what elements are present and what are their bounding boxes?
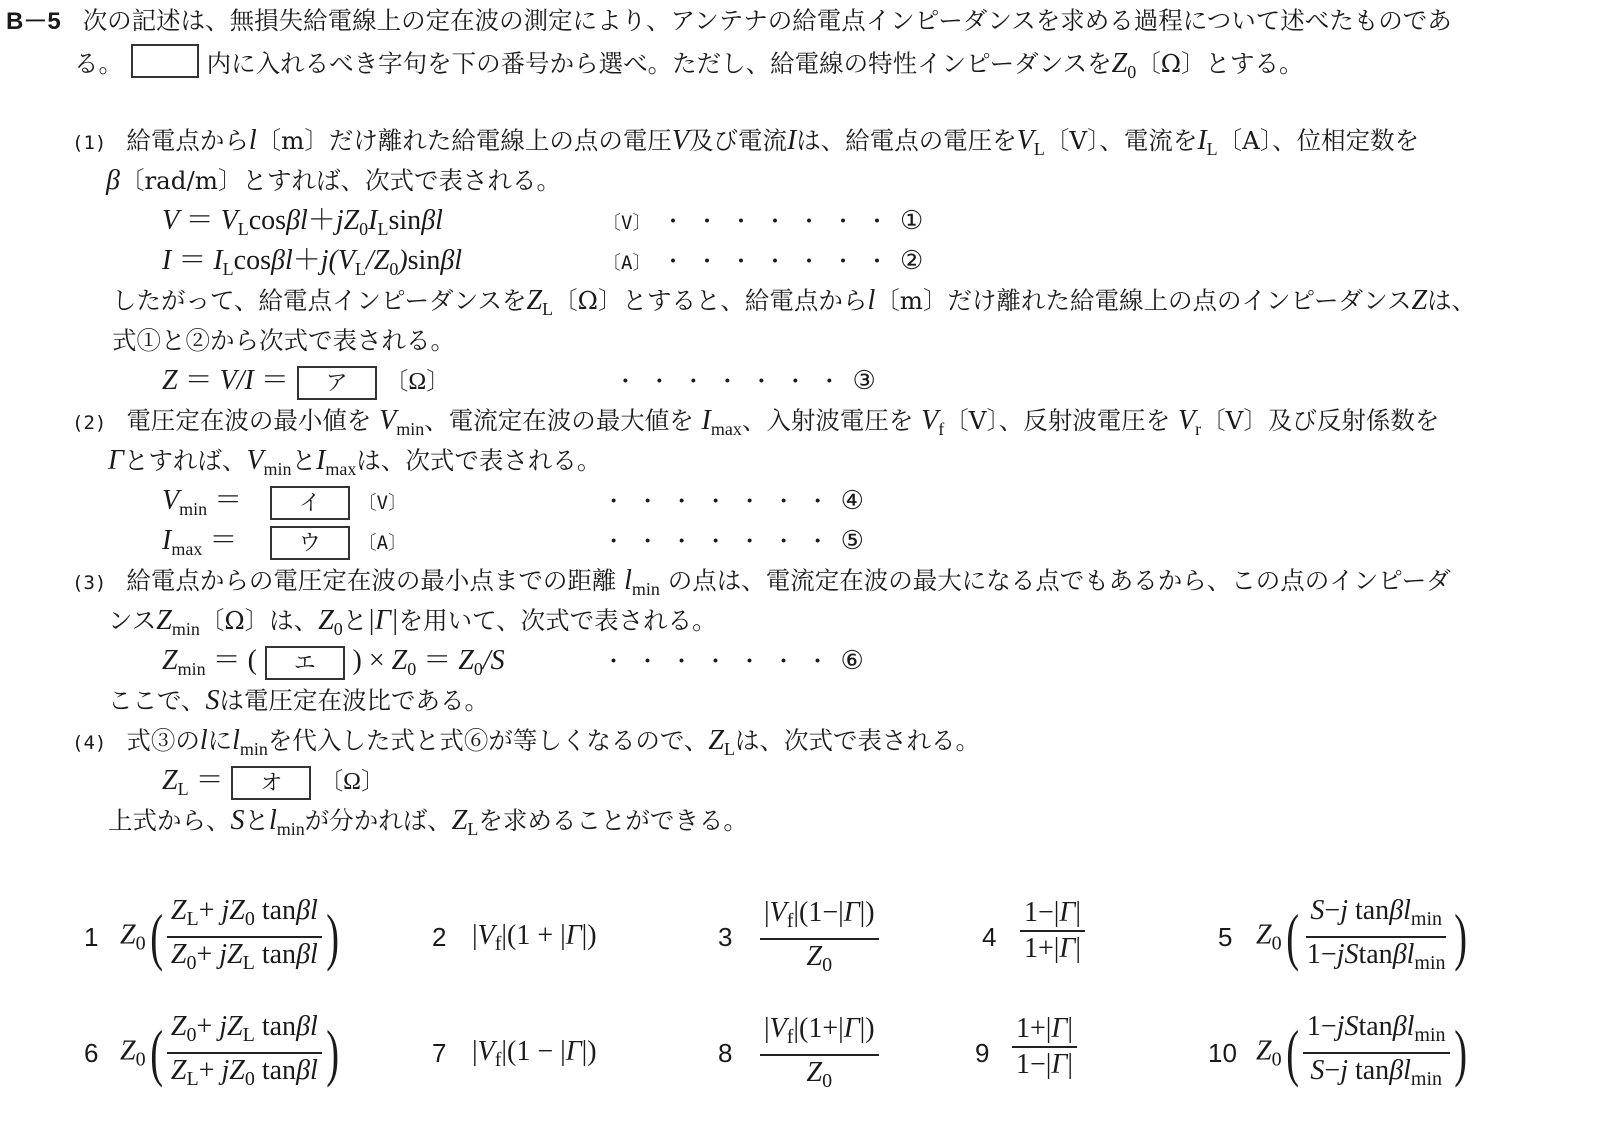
text: 〔V〕、電流を [1045, 126, 1197, 155]
option-8-formula: |Vf|(1+|Γ|)Z0 [760, 1014, 879, 1096]
option-number: 8 [718, 1038, 732, 1069]
equation-number: ⑤ [841, 526, 864, 556]
var-ZL: ZL [708, 725, 735, 756]
equation-5-lhs: Imax ＝ [162, 524, 262, 566]
var-lmin: lmin [232, 725, 268, 756]
var-S: S [206, 685, 220, 716]
text: 〔m〕だけ離れた給電線上の点のインピーダンス [875, 286, 1411, 315]
question-line-2: る。 内に入れるべき字句を下の番号から選べ。ただし、給電線の特性インピーダンスを… [74, 44, 1304, 89]
section-4-line-2: 上式から、Sとlminが分かれば、ZLを求めることができる。 [108, 804, 748, 846]
answer-box-o[interactable]: オ [231, 766, 311, 800]
var-IL: IL [1197, 125, 1217, 156]
text: は電圧定在波比である。 [220, 686, 490, 715]
text: とすれば、 [124, 446, 247, 475]
blank-box-example [131, 44, 199, 78]
section-3-line-2: ンスZmin〔Ω〕は、Z0と|Γ|を用いて、次式で表される。 [108, 604, 717, 646]
option-number: 1 [84, 922, 98, 953]
option-number: 4 [982, 922, 996, 953]
option-10-formula: Z0(1−jStanβlminS−j tanβlmin) [1256, 1012, 1471, 1094]
dots: ・・・・・・・ [603, 530, 841, 555]
text: 上式から、 [108, 806, 231, 835]
var-Imax: Imax [316, 445, 356, 476]
equation-number: ② [900, 246, 923, 276]
equation-7: ZL ＝ オ 〔Ω〕 [162, 764, 385, 806]
text: したがって、給電点インピーダンスを [112, 286, 527, 315]
var-Vmin: Vmin [379, 405, 424, 436]
option-2-formula: |Vf|(1 + |Γ|) [472, 920, 597, 956]
text: は、給電点の電圧を [796, 126, 1017, 155]
text: は、 [1427, 286, 1476, 315]
unit: 〔A〕 [602, 246, 662, 280]
text: 式③の [126, 726, 200, 755]
equation-7-lhs: ZL ＝ [162, 765, 224, 796]
question-number: B－5 [6, 8, 61, 35]
unit: 〔V〕 [602, 206, 662, 240]
text: 、入射波電圧を [742, 406, 914, 435]
question-line-1: B－5次の記述は、無損失給電線上の定在波の測定により、アンテナの給電点インピーダ… [6, 4, 1452, 39]
option-number: 7 [432, 1038, 446, 1069]
section-3-line-3: ここで、Sは電圧定在波比である。 [108, 684, 489, 718]
equation-4: Vmin ＝ イ 〔V〕・・・・・・・④ [162, 484, 864, 526]
section-1-line-1: (1)給電点からl〔m〕だけ離れた給電線上の点の電圧V及び電流Iは、給電点の電圧… [72, 124, 1419, 166]
var-l: l [200, 725, 208, 756]
text: は、次式で表される。 [356, 446, 601, 475]
equation-number: ④ [841, 486, 864, 516]
var-abs-gamma: |Γ| [367, 605, 398, 636]
text: 〔Ω〕とすると、給電点から [553, 286, 867, 315]
dots: ・・・・・・・ [614, 370, 852, 395]
option-number: 5 [1218, 922, 1232, 953]
z0-symbol: Z0 [1112, 48, 1137, 79]
option-number: 6 [84, 1038, 98, 1069]
intro-text: る。 [74, 49, 123, 78]
dots: ・・・・・・・ [603, 650, 841, 675]
text: を用いて、次式で表される。 [399, 606, 717, 635]
section-2-line-1: (2)電圧定在波の最小値を Vmin、電流定在波の最大値を Imax、入射波電圧… [72, 404, 1439, 446]
equation-6-lhs: Zmin ＝ ( [162, 645, 257, 676]
answer-box-a[interactable]: ア [297, 366, 377, 400]
option-number: 3 [718, 922, 732, 953]
equation-1: V ＝ VLcosβl＋jZ0ILsinβl〔V〕・・・・・・・① [162, 204, 923, 246]
var-Z0: Z0 [318, 605, 343, 636]
text: ここで、 [108, 686, 206, 715]
text: と [292, 446, 317, 475]
section-2-line-2: Γとすれば、VminとImaxは、次式で表される。 [108, 444, 601, 486]
section-label: (2) [72, 412, 106, 434]
option-number: 2 [432, 922, 446, 953]
equation-5: Imax ＝ ウ 〔A〕・・・・・・・⑤ [162, 524, 864, 566]
section-label: (4) [72, 732, 106, 754]
text: と [343, 606, 368, 635]
section-1-line-2: β〔rad/m〕とすれば、次式で表される。 [106, 164, 561, 198]
var-beta: β [106, 165, 120, 196]
var-Zmin: Zmin [156, 605, 200, 636]
var-Vr: Vr [1178, 405, 1201, 436]
section-label: (3) [72, 572, 106, 594]
text: 電圧定在波の最小値を [126, 406, 371, 435]
section-1-line-4: 式①と②から次式で表される。 [112, 324, 455, 358]
intro-text: 〔Ω〕とする。 [1136, 49, 1303, 78]
option-5-formula: Z0(S−j tanβlmin1−jStanβlmin) [1256, 896, 1471, 978]
var-Z: Z [1411, 285, 1427, 316]
var-lmin: lmin [269, 805, 305, 836]
answer-box-e[interactable]: エ [265, 646, 345, 680]
var-ZL: ZL [527, 285, 554, 316]
text: を代入した式と式⑥が等しくなるので、 [268, 726, 709, 755]
text: 、電流定在波の最大値を [424, 406, 694, 435]
var-I: I [787, 125, 796, 156]
equation-2-expr: I ＝ ILcosβl＋j(VL/Z0)sinβl [162, 244, 602, 286]
unit: 〔Ω〕 [319, 769, 385, 795]
var-l: l [249, 125, 257, 156]
text: 〔Ω〕は、 [200, 606, 318, 635]
text: に [208, 726, 233, 755]
var-V: V [672, 125, 689, 156]
option-7-formula: |Vf|(1 − |Γ|) [472, 1036, 597, 1072]
option-4-formula: 1−|Γ|1+|Γ| [1020, 898, 1085, 964]
var-ZL: ZL [452, 805, 479, 836]
var-Vmin: Vmin [246, 445, 291, 476]
option-9-formula: 1+|Γ|1−|Γ| [1012, 1014, 1077, 1080]
option-6-formula: Z0(Z0+ jZL tanβlZL+ jZ0 tanβl) [120, 1012, 343, 1094]
unit: 〔A〕 [358, 526, 603, 560]
unit: 〔V〕 [358, 486, 603, 520]
var-lmin: lmin [624, 565, 660, 596]
text: 〔m〕だけ離れた給電線上の点の電圧 [257, 126, 672, 155]
var-S: S [231, 805, 245, 836]
text: 給電点からの電圧定在波の最小点までの距離 [126, 566, 616, 595]
intro-text: 次の記述は、無損失給電線上の定在波の測定により、アンテナの給電点インピーダンスを… [83, 6, 1452, 35]
section-label: (1) [72, 132, 106, 154]
text: が分かれば、 [305, 806, 452, 835]
unit: 〔Ω〕 [384, 365, 614, 399]
text: を求めることができる。 [478, 806, 748, 835]
text: 式①と②から次式で表される。 [112, 326, 455, 355]
option-number: 9 [975, 1038, 989, 1069]
equation-6-rhs: ) × Z0 ＝ Z0/S [353, 644, 603, 686]
equation-number: ① [900, 206, 923, 236]
equation-1-expr: V ＝ VLcosβl＋jZ0ILsinβl [162, 204, 602, 246]
text: 給電点から [126, 126, 249, 155]
var-Vf: Vf [921, 405, 944, 436]
dots: ・・・・・・・ [662, 250, 900, 275]
dots: ・・・・・・・ [603, 490, 841, 515]
var-VL: VL [1017, 125, 1045, 156]
var-gamma: Γ [108, 445, 124, 476]
equation-3: Z ＝ V/I ＝ ア 〔Ω〕・・・・・・・③ [162, 364, 876, 400]
answer-box-u[interactable]: ウ [270, 526, 350, 560]
equation-number: ③ [852, 366, 875, 396]
text: 及び電流 [689, 126, 787, 155]
section-1-line-3: したがって、給電点インピーダンスをZL〔Ω〕とすると、給電点からl〔m〕だけ離れ… [112, 284, 1476, 326]
option-number: 10 [1208, 1038, 1237, 1069]
equation-4-lhs: Vmin ＝ [162, 484, 262, 526]
intro-text: 内に入れるべき字句を下の番号から選べ。ただし、給電線の特性インピーダンスを [207, 49, 1112, 78]
equation-2: I ＝ ILcosβl＋j(VL/Z0)sinβl〔A〕・・・・・・・② [162, 244, 923, 286]
equation-6: Zmin ＝ ( エ ) × Z0 ＝ Z0/S・・・・・・・⑥ [162, 644, 864, 686]
section-3-line-1: (3)給電点からの電圧定在波の最小点までの距離 lmin の点は、電流定在波の最… [72, 564, 1451, 606]
text: ンス [108, 606, 156, 635]
equation-number: ⑥ [841, 646, 864, 676]
text: の点は、電流定在波の最大になる点でもあるから、この点のインピーダ [668, 566, 1451, 595]
equation-3-lhs: Z ＝ V/I ＝ [162, 365, 289, 396]
dots: ・・・・・・・ [662, 210, 900, 235]
answer-box-i[interactable]: イ [270, 486, 350, 520]
text: 〔V〕、反射波電圧を [944, 406, 1170, 435]
text: は、次式で表される。 [735, 726, 980, 755]
text: 〔rad/m〕とすれば、次式で表される。 [120, 166, 561, 195]
text: 〔A〕、位相定数を [1218, 126, 1419, 155]
option-3-formula: |Vf|(1−|Γ|)Z0 [760, 898, 879, 980]
option-1-formula: Z0(ZL+ jZ0 tanβlZ0+ jZL tanβl) [120, 896, 343, 978]
var-Imax: Imax [702, 405, 742, 436]
section-4-line-1: (4)式③のlにlminを代入した式と式⑥が等しくなるので、ZLは、次式で表され… [72, 724, 980, 766]
text: と [245, 806, 270, 835]
text: 〔V〕及び反射係数を [1201, 406, 1439, 435]
